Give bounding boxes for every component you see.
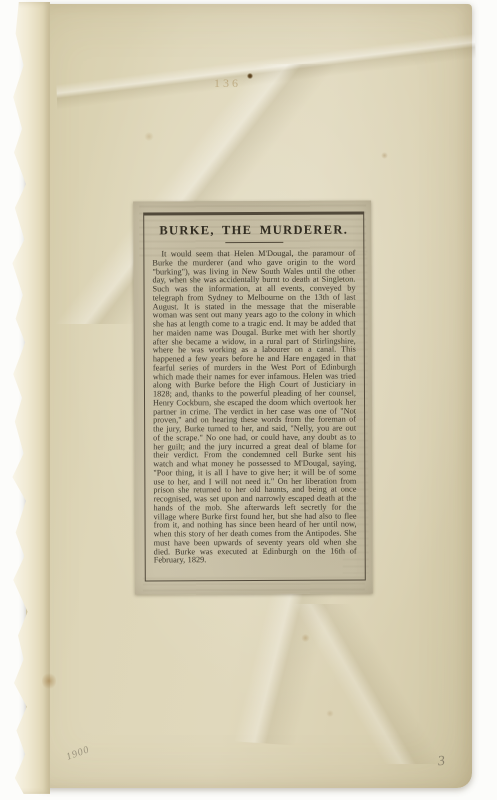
scan-background: 136 BURKE, THE MURDERER. It would seem t… — [0, 0, 497, 800]
foxing-spot — [381, 152, 388, 159]
foxing-spot — [144, 132, 154, 141]
clipping-border: BURKE, THE MURDERER. It would seem that … — [143, 212, 366, 582]
paper-crease — [55, 17, 478, 122]
clipping-title: BURKE, THE MURDERER. — [152, 223, 355, 239]
foxing-spot — [326, 710, 334, 717]
book-page: 136 BURKE, THE MURDERER. It would seem t… — [26, 4, 472, 788]
torn-left-edge — [10, 2, 50, 794]
newspaper-clipping: BURKE, THE MURDERER. It would seem that … — [133, 200, 373, 594]
faint-page-number: 136 — [214, 76, 241, 91]
foxing-spot — [247, 73, 253, 79]
pencil-year-annotation: 1900 — [65, 744, 91, 763]
pencil-page-number: 3 — [437, 754, 446, 771]
clipping-body-text: It would seem that Helen M'Dougal, the p… — [152, 250, 356, 566]
paper-crease — [226, 604, 486, 764]
foxing-spot — [301, 634, 310, 642]
title-divider — [225, 242, 283, 243]
